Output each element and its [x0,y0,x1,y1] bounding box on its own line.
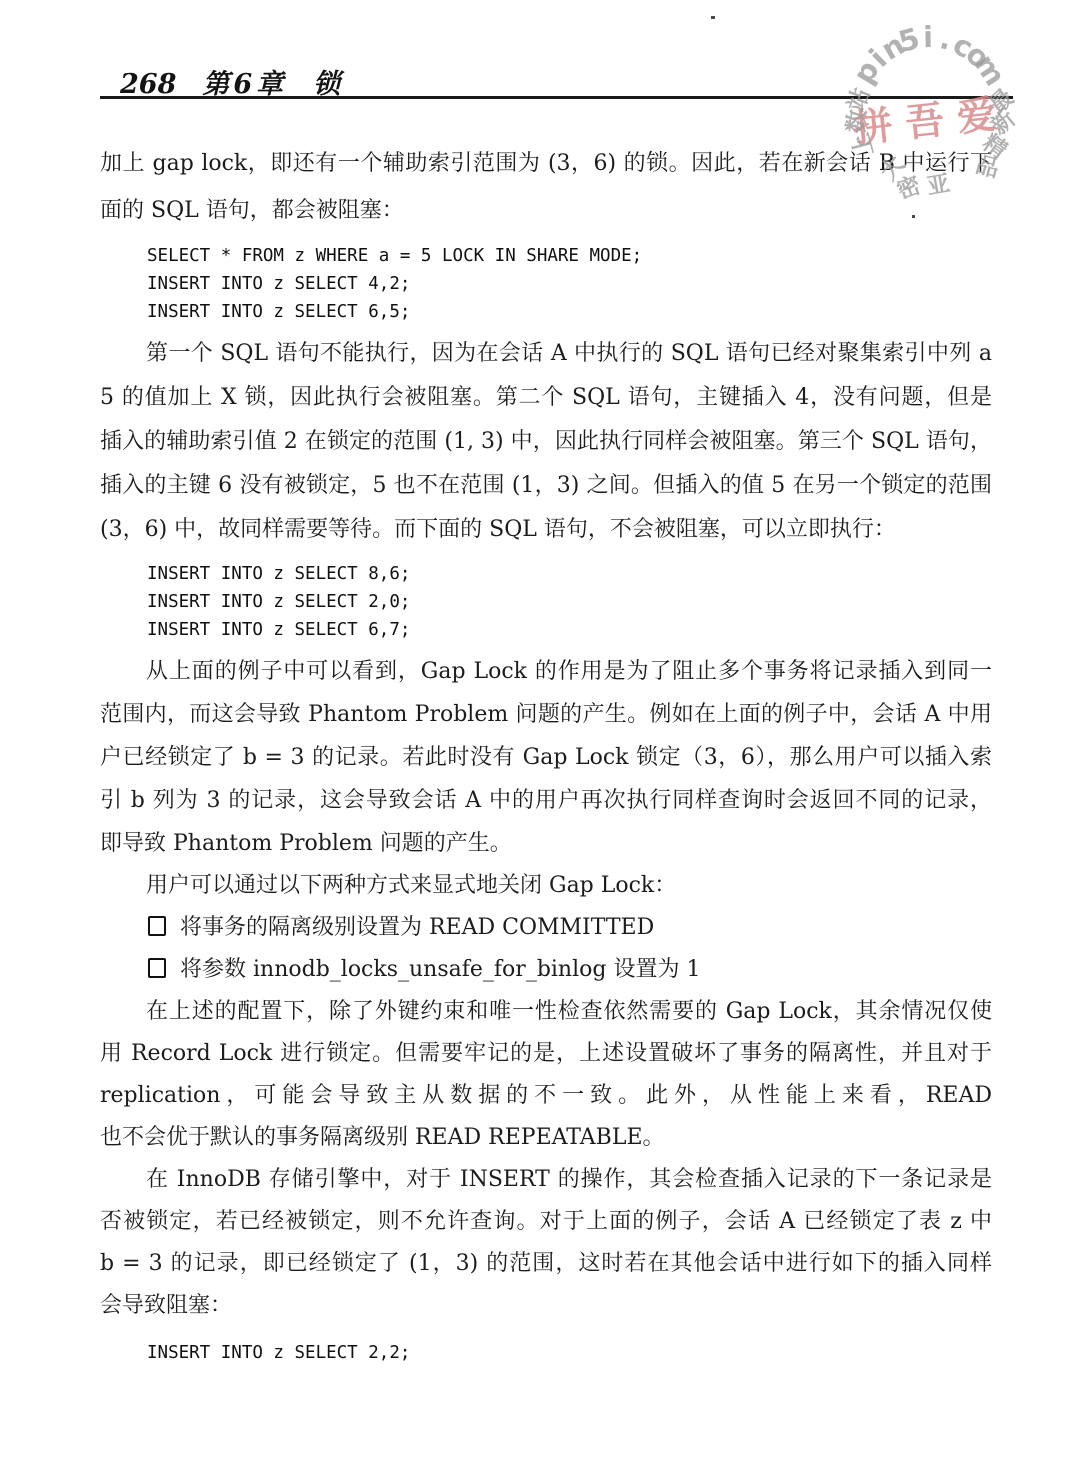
paragraph-1: 加上 gap lock，即还有一个辅助索引范围为 (3，6) 的锁。因此，若在新… [100,140,992,234]
watermark-ring-letter: 新 [983,101,1022,141]
watermark-arc-letter: 5 [895,21,924,59]
code-line: INSERT INTO z SELECT 4,2; [147,270,992,298]
scan-speck [912,215,915,218]
square-bullet-icon [148,916,166,936]
watermark-arc-letter: m [968,48,1013,92]
text-line: (3，6) 中，故同样需要等待。而下面的 SQL 语句，不会被阻塞，可以立即执行… [100,508,992,552]
bullet-item: 将参数 innodb_locks_unsafe_for_binlog 设置为 1 [147,949,992,991]
paragraph-2: 第一个 SQL 语句不能执行，因为在会话 A 中执行的 SQL 语句已经对聚集索… [100,332,992,552]
watermark-ring-letter: 数 [838,108,873,134]
scan-speck [711,16,715,19]
code-block-1: SELECT * FROM z WHERE a = 5 LOCK IN SHAR… [147,242,992,326]
code-line: INSERT INTO z SELECT 8,6; [147,560,992,588]
text-line: 在 InnoDB 存储引擎中，对于 INSERT 的操作，其会检查插入记录的下一… [100,1159,992,1201]
bullet-label: 将参数 innodb_locks_unsafe_for_binlog 设置为 1 [180,949,700,991]
watermark-arc-letter: o [959,37,997,76]
text-line: 插入的辅助索引值 2 在锁定的范围 (1, 3) 中，因此执行同样会被阻塞。第三… [100,420,992,464]
code-line: INSERT INTO z SELECT 2,2; [147,1339,992,1367]
text-line: 用户可以通过以下两种方式来显式地关闭 Gap Lock： [100,865,992,907]
text-line: 户已经锁定了 b = 3 的记录。若此时没有 Gap Lock 锁定（3，6），… [100,736,992,779]
page-body: 加上 gap lock，即还有一个辅助索引范围为 (3，6) 的锁。因此，若在新… [100,140,992,1373]
code-line: INSERT INTO z SELECT 6,7; [147,616,992,644]
watermark-ring-letter: 站 [838,83,877,116]
code-line: INSERT INTO z SELECT 2,0; [147,588,992,616]
code-line: INSERT INTO z SELECT 6,5; [147,298,992,326]
text-line: replication，可能会导致主从数据的不一致。此外，从性能上来看，READ… [100,1075,992,1117]
text-line: 插入的主键 6 没有被锁定，5 也不在范围 (1，3) 之间。但插入的值 5 在… [100,464,992,508]
scanned-book-page: { "header": { "page_number": "268", "cha… [0,0,1080,1478]
chapter-label: 第6章 [202,62,287,101]
watermark-arc-letter: c [948,26,979,64]
bullet-item: 将事务的隔离级别设置为 READ COMMITTED [147,907,992,949]
text-line: 5 的值加上 X 锁，因此执行会被阻塞。第二个 SQL 语句，主键插入 4，没有… [100,376,992,420]
text-line: 面的 SQL 语句，都会被阻塞： [100,187,992,234]
watermark-arc-letter: n [875,27,910,67]
text-line: 加上 gap lock，即还有一个辅助索引范围为 (3，6) 的锁。因此，若在新… [100,140,992,187]
text-line: 范围内，而这会导致 Phantom Problem 问题的产生。例如在上面的例子… [100,693,992,736]
code-block-3: INSERT INTO z SELECT 2,2; [147,1339,992,1367]
paragraph-3: 从上面的例子中可以看到，Gap Lock 的作用是为了阻止多个事务将记录插入到同… [100,650,992,865]
paragraph-4: 用户可以通过以下两种方式来显式地关闭 Gap Lock： [100,865,992,907]
text-line: b = 3 的记录，即已经锁定了 (1，3) 的范围，这时若在其他会话中进行如下… [100,1243,992,1285]
page-number: 268 [120,69,176,100]
paragraph-6: 在 InnoDB 存储引擎中，对于 INSERT 的操作，其会检查插入记录的下一… [100,1159,992,1327]
watermark-arc-letter: p [847,55,887,90]
text-line: 否被锁定，若已经被锁定，则不允许查询。对于上面的例子，会话 A 已经锁定了表 z… [100,1201,992,1243]
text-line: 用 Record Lock 进行锁定。但需要牢记的是，上述设置破坏了事务的隔离性… [100,1033,992,1075]
page-header: 268 第6章 锁 [120,62,340,101]
text-line: 第一个 SQL 语句不能执行，因为在会话 A 中执行的 SQL 语句已经对聚集索… [100,332,992,376]
watermark-arc-letter: . [937,21,956,57]
bullet-list: 将事务的隔离级别设置为 READ COMMITTED 将参数 innodb_lo… [147,907,992,991]
watermark-arc-letter: i [862,42,893,73]
text-line: 从上面的例子中可以看到，Gap Lock 的作用是为了阻止多个事务将记录插入到同… [100,650,992,693]
text-line: 也不会优于默认的事务隔离级别 READ REPEATABLE。 [100,1117,992,1159]
paragraph-5: 在上述的配置下，除了外键约束和唯一性检查依然需要的 Gap Lock，其余情况仅… [100,991,992,1159]
square-bullet-icon [148,958,166,978]
text-line: 引 b 列为 3 的记录，这会导致会话 A 中的用户再次执行同样查询时会返回不同… [100,779,992,822]
text-line: 会导致阻塞： [100,1285,992,1327]
bullet-label: 将事务的隔离级别设置为 READ COMMITTED [180,907,654,949]
watermark-arc-letter: i [922,20,933,54]
text-line: 即导致 Phantom Problem 问题的产生。 [100,822,992,865]
code-block-2: INSERT INTO z SELECT 8,6; INSERT INTO z … [147,560,992,644]
text-line: 在上述的配置下，除了外键约束和唯一性检查依然需要的 Gap Lock，其余情况仅… [100,991,992,1033]
watermark-ring-letter: 最 [981,80,1020,120]
code-line: SELECT * FROM z WHERE a = 5 LOCK IN SHAR… [147,242,992,270]
chapter-title: 锁 [313,62,340,101]
